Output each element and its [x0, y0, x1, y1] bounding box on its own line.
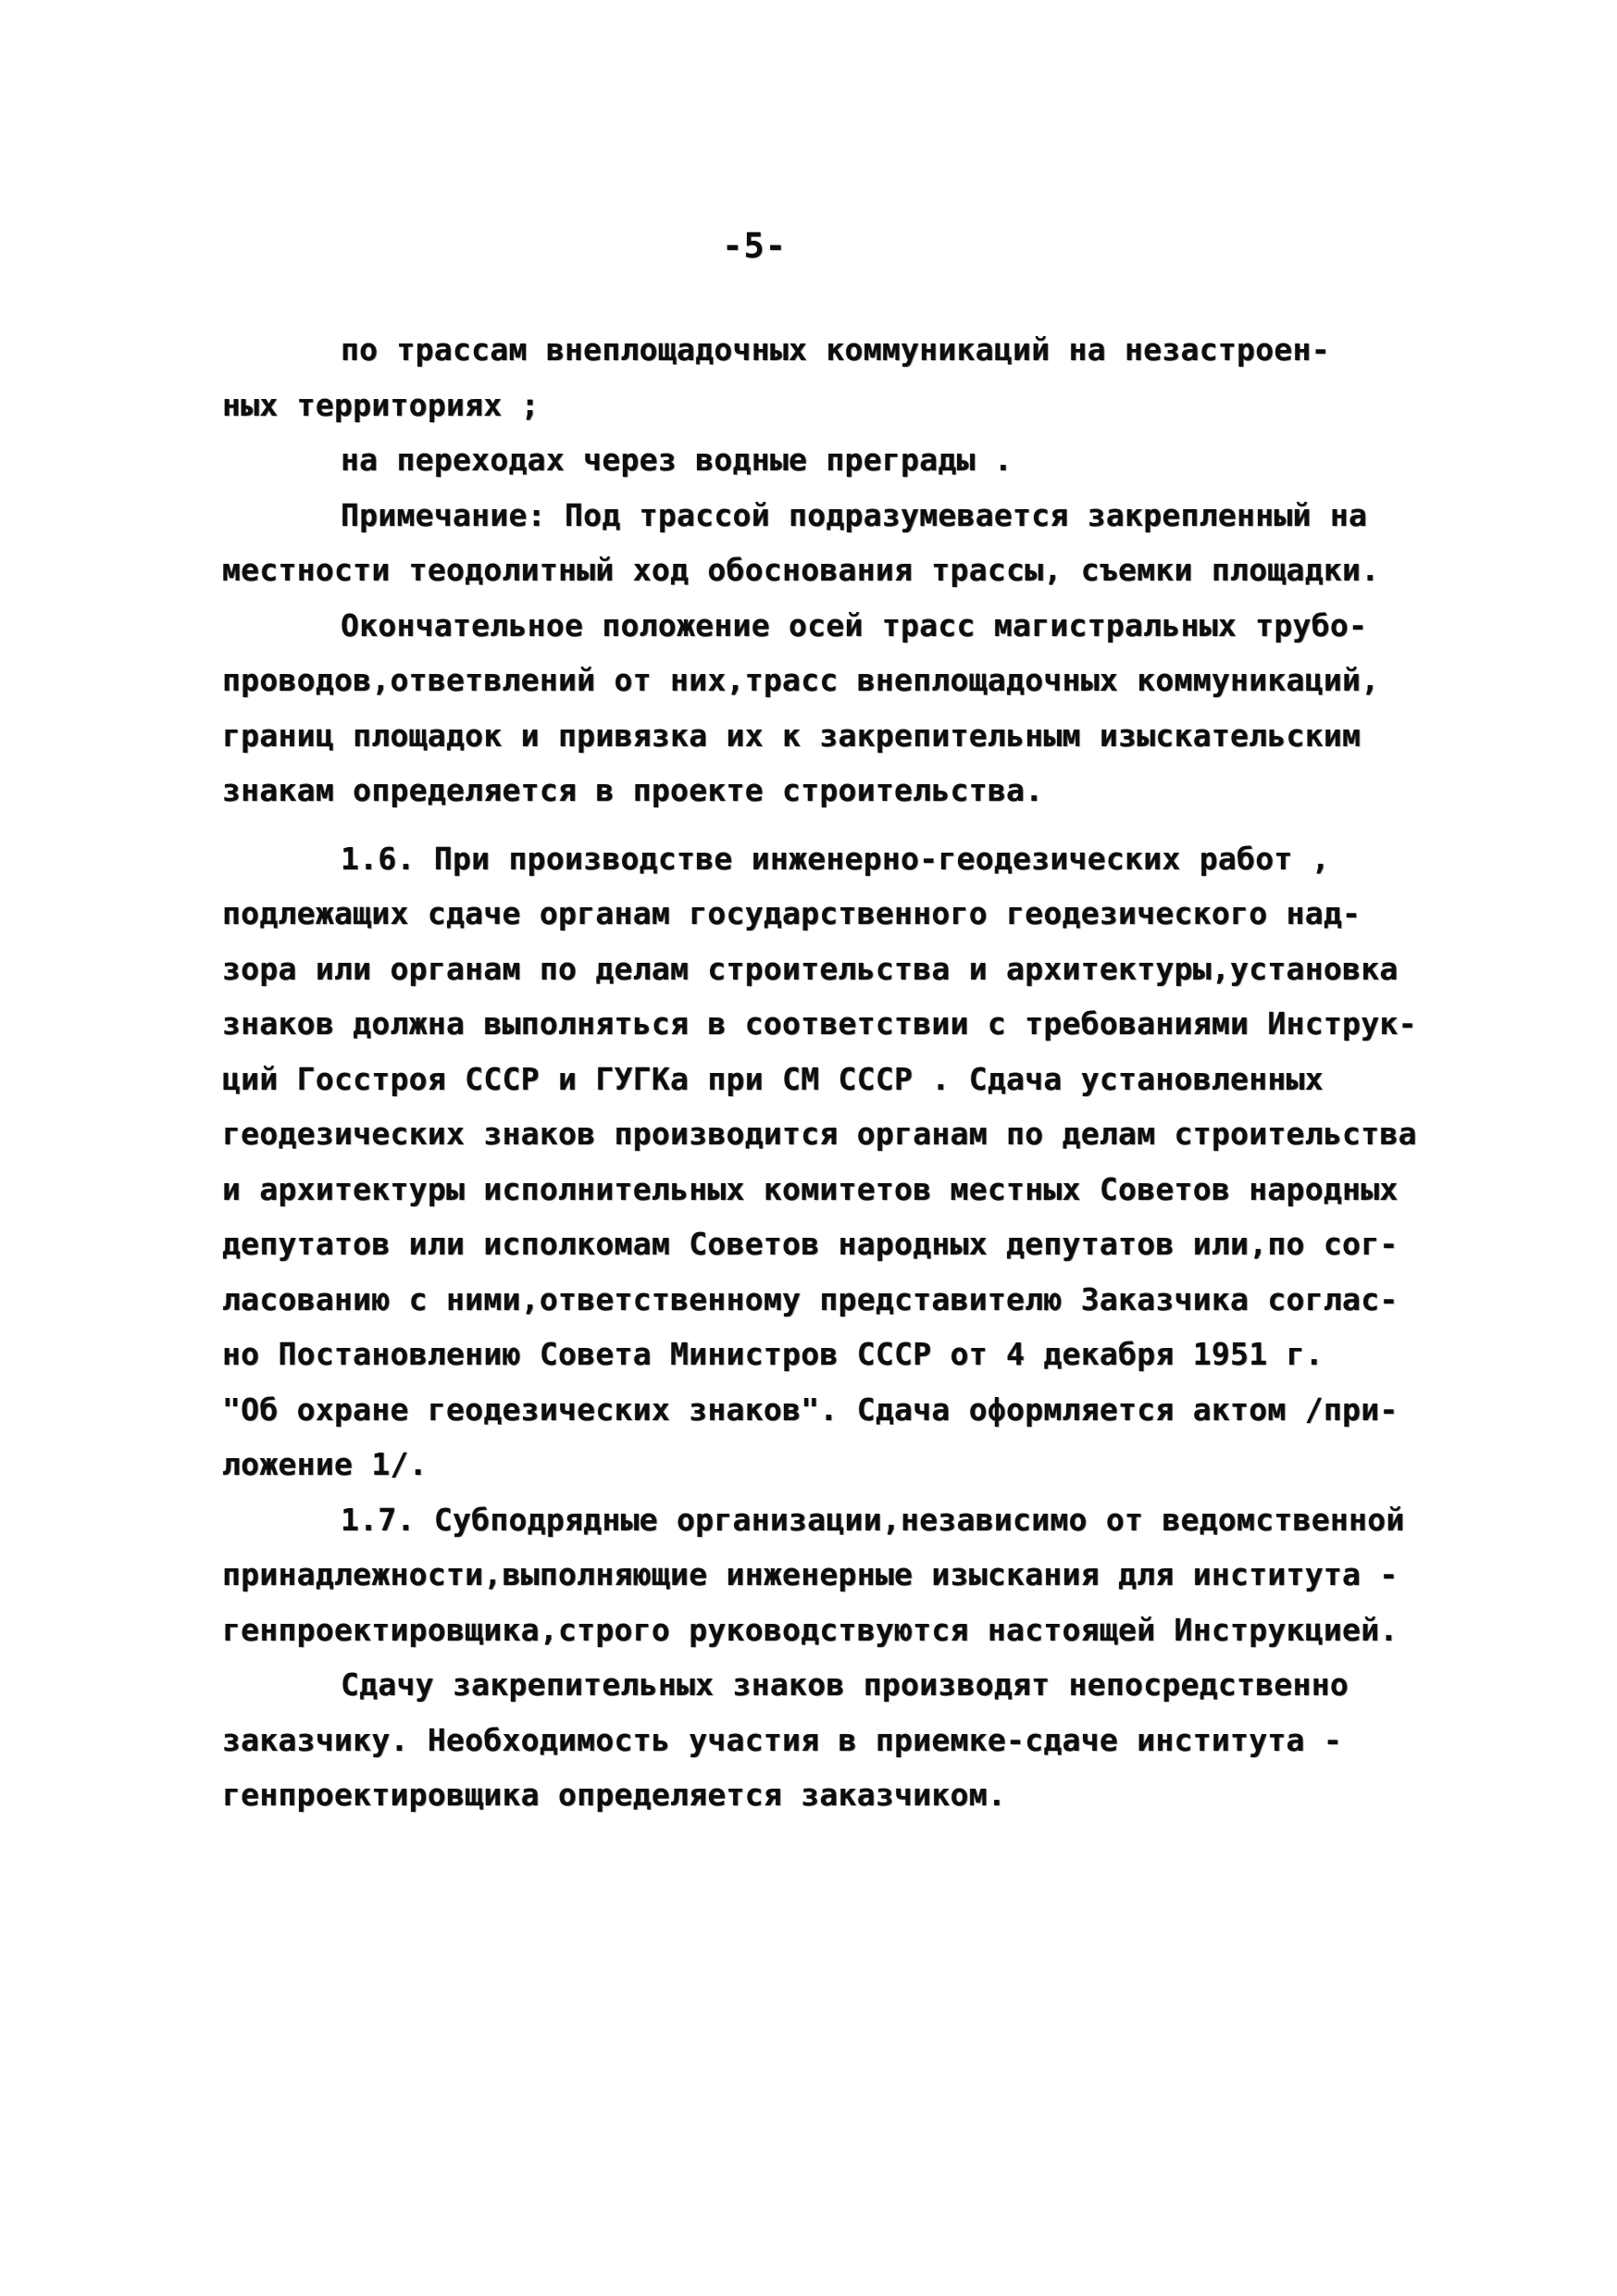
- scanned-document-page: -5- по трассам внеплощадочных коммуникац…: [0, 0, 1617, 2296]
- text-line: и архитектуры исполнительных комитетов м…: [222, 1162, 1444, 1217]
- text-line: 1.7. Субподрядные организации,независимо…: [222, 1492, 1444, 1548]
- text-line: депутатов или исполкомам Советов народны…: [222, 1217, 1444, 1272]
- text-line: Сдачу закрепительных знаков производят н…: [222, 1657, 1444, 1713]
- text-line: "Об охране геодезических знаков". Сдача …: [222, 1382, 1444, 1438]
- text-line: зора или органам по делам строительства …: [222, 942, 1444, 997]
- text-line: границ площадок и привязка их к закрепит…: [222, 708, 1444, 764]
- text-line: ций Госстроя СССР и ГУГКа при СМ СССР . …: [222, 1052, 1444, 1107]
- text-line: но Постановлению Совета Министров СССР о…: [222, 1327, 1444, 1382]
- text-line: геодезических знаков производится органа…: [222, 1106, 1444, 1162]
- text-line: генпроектировщика определяется заказчико…: [222, 1767, 1444, 1823]
- text-line: проводов,ответвлений от них,трасс внепло…: [222, 653, 1444, 708]
- text-line: местности теодолитный ход обоснования тр…: [222, 543, 1444, 598]
- text-line: генпроектировщика,строго руководствуются…: [222, 1603, 1444, 1658]
- text-line: Окончательное положение осей трасс магис…: [222, 598, 1444, 654]
- text-line: на переходах через водные преграды .: [222, 432, 1444, 488]
- text-line: подлежащих сдаче органам государственног…: [222, 886, 1444, 942]
- text-line: принадлежности,выполняющие инженерные из…: [222, 1547, 1444, 1603]
- text-line: 1.6. При производстве инженерно-геодезич…: [222, 831, 1444, 887]
- text-line: знакам определяется в проекте строительс…: [222, 763, 1444, 818]
- text-line: заказчику. Необходимость участия в прием…: [222, 1713, 1444, 1768]
- page-number: -5-: [0, 226, 1509, 266]
- text-line: ласованию с ними,ответственному представ…: [222, 1272, 1444, 1328]
- text-line: по трассам внеплощадочных коммуникаций н…: [222, 322, 1444, 378]
- text-line: ложение 1/.: [222, 1437, 1444, 1492]
- text-line: Примечание: Под трассой подразумевается …: [222, 488, 1444, 543]
- text-line: знаков должна выполняться в соответствии…: [222, 996, 1444, 1052]
- text-line: ных территориях ;: [222, 378, 1444, 433]
- document-body: по трассам внеплощадочных коммуникаций н…: [222, 322, 1444, 1823]
